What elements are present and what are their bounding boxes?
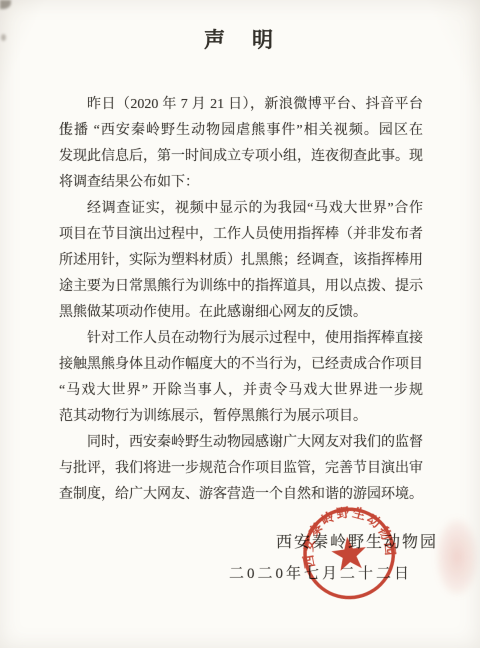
body-line: 同时，西安秦岭野生动物园感谢广大网友对我们的监督 (59, 430, 423, 456)
body-line: 接触黑熊身体且动作幅度大的不当行为，已经责成合作项目 (59, 352, 423, 378)
statement-document-page: 声 明 昨日（2020 年 7 月 21 日），新浪微博平台、抖音平台上传播 “… (0, 0, 480, 648)
statement-body: 昨日（2020 年 7 月 21 日），新浪微博平台、抖音平台上传播 “西安秦岭… (59, 92, 423, 508)
body-line: 所述用针，实际为塑料材质）扎黑熊；经调查，该指挥棒用 (59, 248, 423, 274)
body-line: 传播 “西安秦岭野生动物园虐熊事件”相关视频。园区在 (59, 118, 423, 144)
body-line: 范其动物行为训练展示，暂停黑熊行为展示项目。 (59, 404, 423, 430)
official-seal: 西安秦岭野生动物园 (295, 498, 404, 605)
body-line: 经调查证实，视频中显示的为我园“马戏大世界”合作 (59, 196, 423, 222)
body-line: 与批评，我们将进一步规范合作项目监管，完善节目演出审 (59, 456, 423, 482)
body-line: 发现此信息后，第一时间成立专项小组，连夜彻查此事。现 (59, 144, 423, 170)
seal-star (330, 535, 369, 572)
scan-artifact (0, 0, 11, 9)
body-line: “马戏大世界” 开除当事人，并责令马戏大世界进一步规 (59, 378, 423, 404)
statement-title: 声 明 (0, 24, 480, 54)
body-line: 项目在节目演出过程中，工作人员使用指挥棒（并非发布者 (59, 222, 423, 248)
body-line: 将调查结果公布如下： (59, 170, 423, 196)
body-line: 昨日（2020 年 7 月 21 日），新浪微博平台、抖音平台上 (59, 92, 423, 118)
body-line: 黑熊做某项动作使用。在此感谢细心网友的反馈。 (59, 300, 423, 326)
body-line: 针对工作人员在动物行为展示过程中，使用指挥棒直接 (59, 326, 423, 352)
body-line: 途主要为日常黑熊行为训练中的指挥道具，用以点拨、提示 (59, 274, 423, 300)
seal-ink-smudge (436, 518, 478, 596)
